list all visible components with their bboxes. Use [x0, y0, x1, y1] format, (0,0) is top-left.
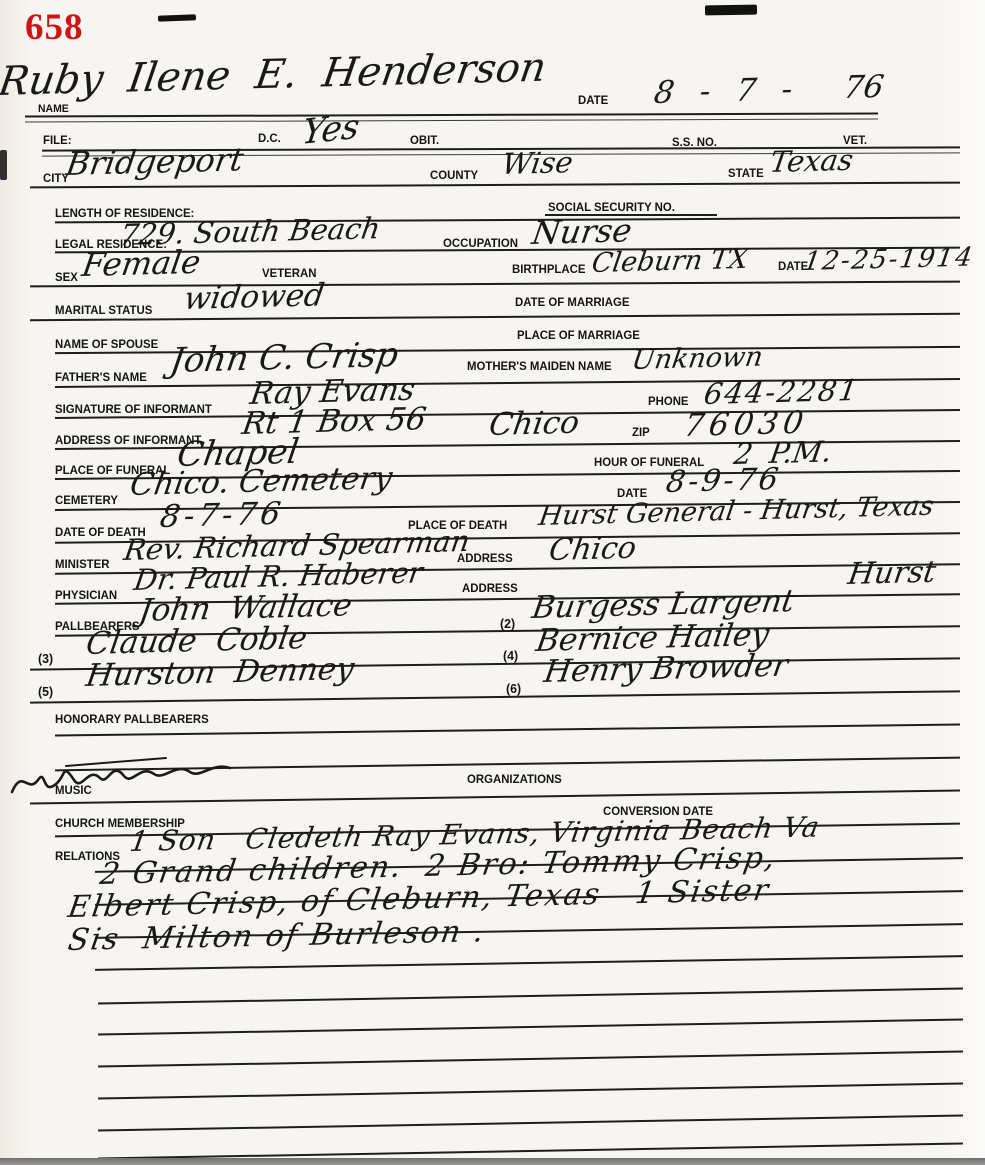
date-top-label: DATE — [578, 93, 608, 107]
rule-line — [25, 119, 878, 123]
rule-line — [30, 690, 960, 703]
cemetery-date-value: 8-9-76 — [664, 465, 783, 498]
pallbearer-3-number: (3) — [38, 651, 53, 666]
phone-value: 644-2281 — [702, 376, 861, 409]
scan-mark — [158, 14, 196, 21]
rule-line — [30, 182, 960, 189]
pallbearer-2-number: (2) — [500, 616, 515, 631]
occupation-value: Nurse — [530, 214, 634, 249]
name-value: Ruby Ilene E. Henderson — [0, 48, 549, 102]
rule-line — [98, 1050, 963, 1067]
rule-line — [98, 1018, 963, 1035]
marriage-place-label: PLACE OF MARRIAGE — [517, 328, 640, 342]
county-value: Wise — [500, 148, 575, 179]
rule-line — [98, 1142, 963, 1159]
dc-value: Yes — [300, 109, 362, 150]
illegible-signature-scribble — [8, 750, 238, 800]
pallbearer-6-number: (6) — [506, 681, 521, 696]
date-top-value: 8 - 7 - 76 — [652, 72, 886, 109]
dc-label: D.C. — [258, 131, 281, 145]
pallbearer-5-number: (5) — [38, 684, 53, 699]
physician-label: PHYSICIAN — [55, 588, 117, 602]
mother-maiden-label: MOTHER'S MAIDEN NAME — [467, 359, 612, 373]
minister-label: MINISTER — [55, 557, 109, 571]
physician-address-label: ADDRESS — [462, 581, 518, 595]
rule-line — [98, 987, 963, 1004]
spouse-label: NAME OF SPOUSE — [55, 337, 158, 351]
zip-label: ZIP — [632, 425, 650, 439]
marriage-date-label: DATE OF MARRIAGE — [515, 295, 629, 309]
occupation-label: OCCUPATION — [443, 236, 518, 250]
physician-address-value: Hurst — [846, 558, 938, 590]
rule-line — [30, 313, 960, 321]
state-label: STATE — [728, 166, 764, 180]
date-of-death-value: 8-7-76 — [158, 499, 286, 533]
phone-label: PHONE — [648, 394, 689, 408]
honorary-pallbearers-label: HONORARY PALLBEARERS — [55, 712, 209, 726]
cemetery-label: CEMETERY — [55, 493, 118, 507]
sex-label: SEX — [55, 270, 78, 284]
marital-status-value: widowed — [182, 280, 326, 315]
rule-line — [98, 1114, 963, 1131]
birthplace-value: Cleburn TX — [590, 246, 750, 277]
place-of-death-value: Hurst General - Hurst, Texas — [537, 493, 936, 530]
rule-line — [25, 113, 878, 118]
organizations-label: ORGANIZATIONS — [467, 772, 562, 786]
scan-bottom-edge — [0, 1158, 985, 1165]
county-label: COUNTY — [430, 168, 478, 182]
minister-address-value: Chico — [547, 534, 638, 566]
file-label: FILE: — [43, 133, 72, 147]
marital-status-label: MARITAL STATUS — [55, 303, 152, 317]
obit-label: OBIT. — [410, 133, 439, 147]
minister-address-label: ADDRESS — [457, 551, 513, 565]
informant-signature-label: SIGNATURE OF INFORMANT — [55, 402, 212, 416]
pallbearer-4-number: (4) — [503, 648, 518, 663]
mother-maiden-value: Unknown — [630, 343, 765, 374]
birthplace-label: BIRTHPLACE — [512, 262, 585, 276]
birth-date-value: 12-25-1914 — [802, 244, 976, 275]
city-value: Bridgeport — [64, 143, 246, 180]
rule-line — [95, 955, 963, 971]
music-label: MUSIC — [55, 783, 92, 797]
scan-smudge — [0, 150, 7, 180]
page-number: 658 — [25, 6, 84, 49]
father-name-label: FATHER'S NAME — [55, 370, 147, 384]
name-label: NAME — [38, 103, 69, 115]
state-value: Texas — [768, 146, 855, 177]
relations-line-4: Sis Milton of Burleson . — [66, 917, 488, 956]
pallbearer-5-value: Hurston Denney — [84, 654, 356, 692]
informant-city-value: Chico — [487, 408, 581, 441]
rule-line — [98, 1082, 963, 1099]
sex-value: Female — [80, 246, 203, 281]
funeral-record-card: 658 Ruby Ilene E. Henderson NAME DATE 8 … — [0, 0, 985, 1165]
pallbearer-6-value: Henry Browder — [542, 650, 790, 688]
scan-mark — [705, 5, 757, 16]
